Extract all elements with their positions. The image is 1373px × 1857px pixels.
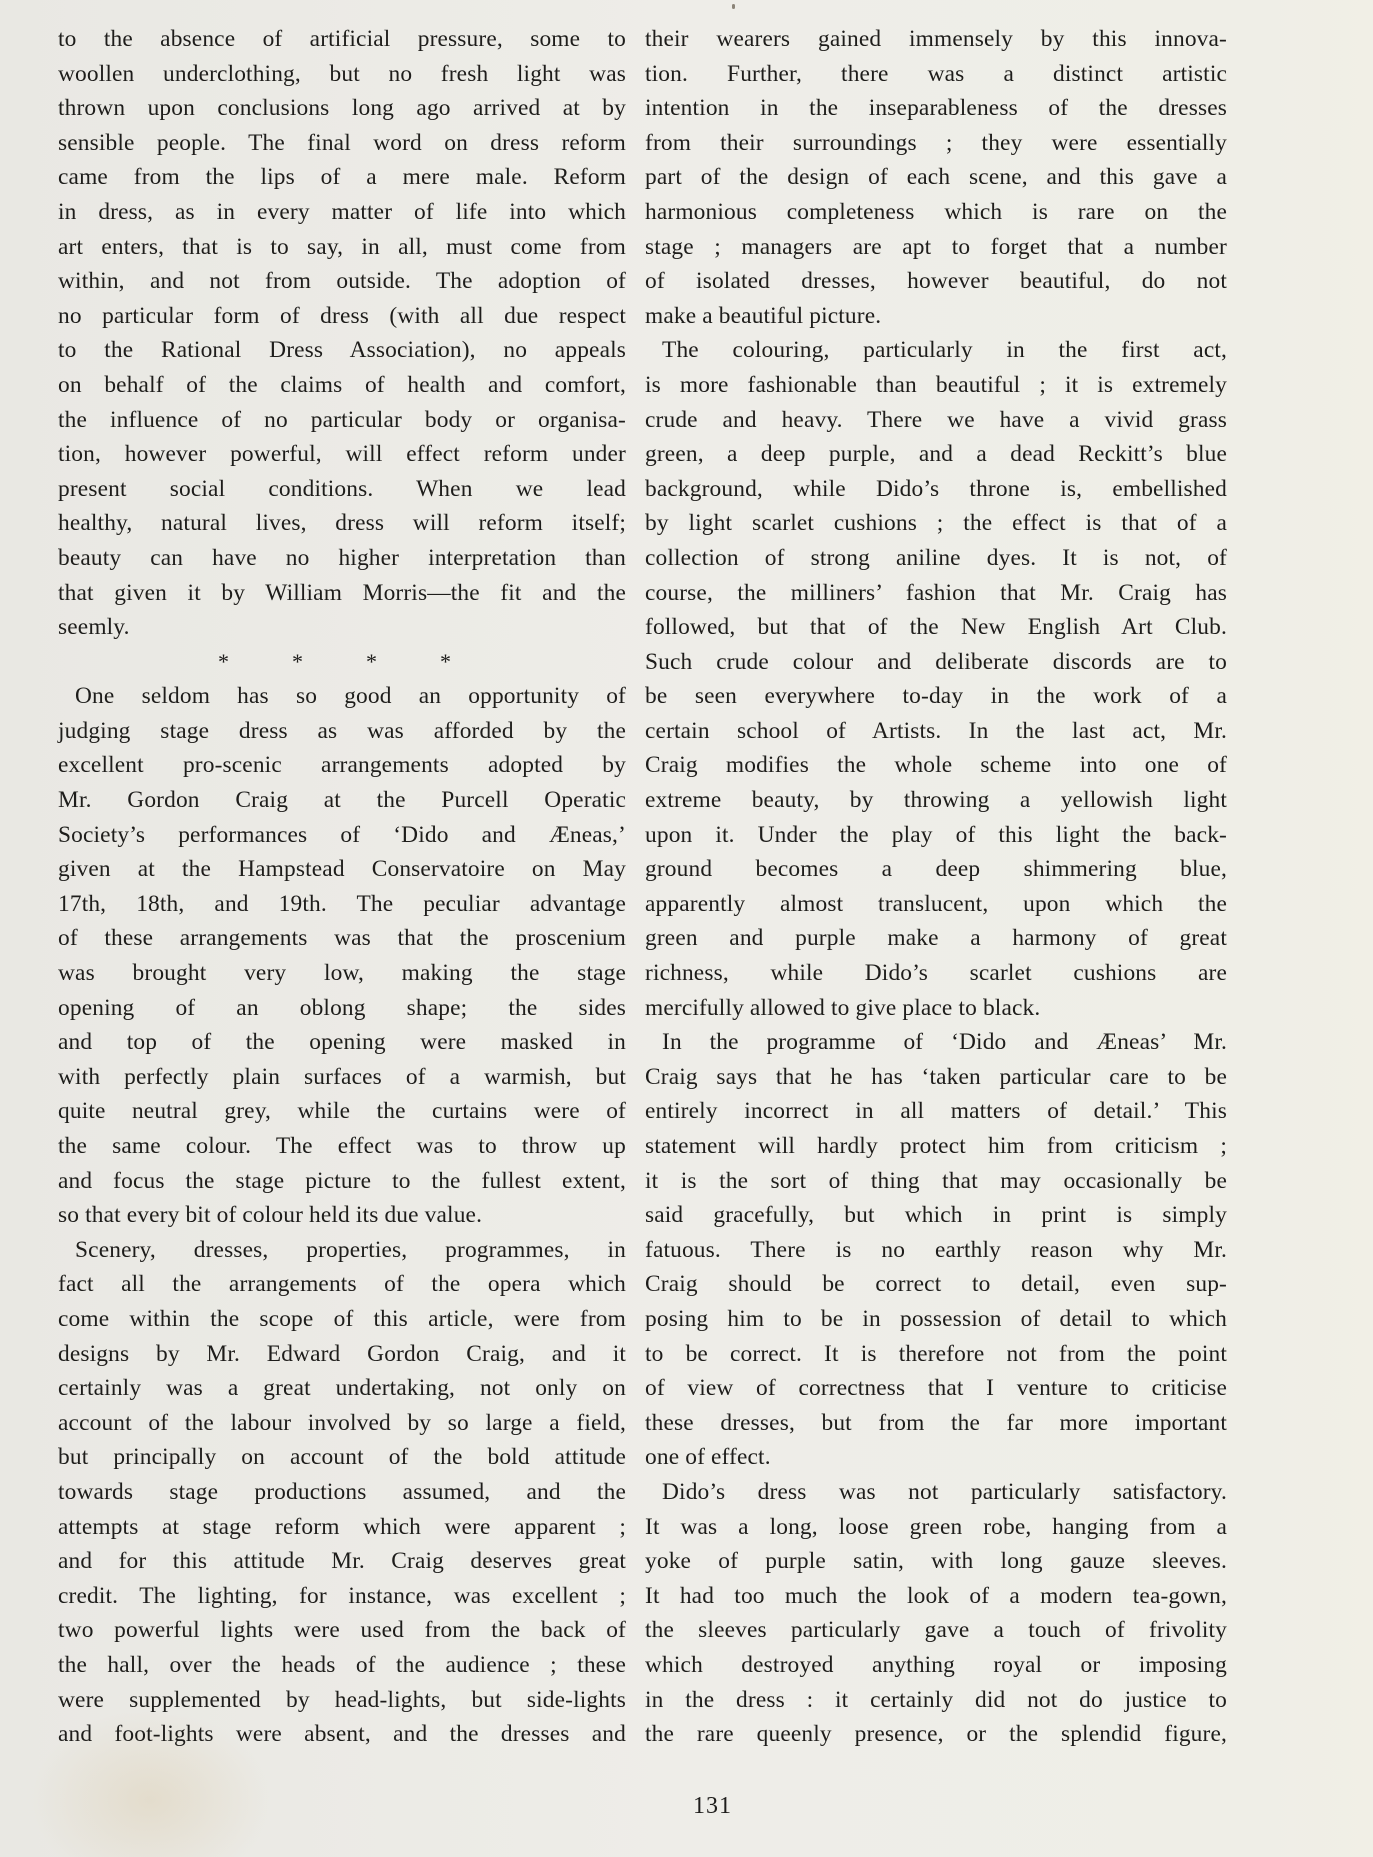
paragraph: to the absence of artificial pressure, s…	[58, 22, 626, 645]
section-separator: ****	[58, 645, 626, 680]
paragraph: Scenery, dresses, properties, programmes…	[58, 1233, 626, 1752]
text-line: Society’s performances of ‘Dido and Ænea…	[58, 818, 626, 853]
text-line: credit. The lighting, for instance, was …	[58, 1579, 626, 1614]
text-line: so that every bit of colour held its due…	[58, 1198, 626, 1233]
paragraph: Dido’s dress was not particularly satisf…	[645, 1475, 1227, 1752]
text-line: one of effect.	[645, 1440, 1227, 1475]
text-line: no particular form of dress (with all du…	[58, 299, 626, 334]
text-line: towards stage productions assumed, and t…	[58, 1475, 626, 1510]
text-line: in the dress : it certainly did not do j…	[645, 1683, 1227, 1718]
text-line: It had too much the look of a modern tea…	[645, 1579, 1227, 1614]
text-line: quite neutral grey, while the curtains w…	[58, 1094, 626, 1129]
text-line: apparently almost translucent, upon whic…	[645, 887, 1227, 922]
text-line: came from the lips of a mere male. Refor…	[58, 160, 626, 195]
text-line: come within the scope of this article, w…	[58, 1302, 626, 1337]
text-line: collection of strong aniline dyes. It is…	[645, 541, 1227, 576]
text-line: of view of correctness that I venture to…	[645, 1371, 1227, 1406]
text-line: with perfectly plain surfaces of a warmi…	[58, 1060, 626, 1095]
text-line: thrown upon conclusions long ago arrived…	[58, 91, 626, 126]
asterisk-glyph: *	[292, 645, 366, 680]
text-line: tion, however powerful, will effect refo…	[58, 437, 626, 472]
text-line: attempts at stage reform which were appa…	[58, 1510, 626, 1545]
text-line: posing him to be in possession of detail…	[645, 1302, 1227, 1337]
text-line: is more fashionable than beautiful ; it …	[645, 368, 1227, 403]
text-line: these dresses, but from the far more imp…	[645, 1406, 1227, 1441]
text-line: tion. Further, there was a distinct arti…	[645, 57, 1227, 92]
text-line: In the programme of ‘Dido and Æneas’ Mr.	[645, 1025, 1227, 1060]
text-line: on behalf of the claims of health and co…	[58, 368, 626, 403]
text-line: art enters, that is to say, in all, must…	[58, 230, 626, 265]
text-line: and for this attitude Mr. Craig deserves…	[58, 1544, 626, 1579]
text-line: ground becomes a deep shimmering blue,	[645, 852, 1227, 887]
text-line: statement will hardly protect him from c…	[645, 1129, 1227, 1164]
text-line: Mr. Gordon Craig at the Purcell Operatic	[58, 783, 626, 818]
text-line: mercifully allowed to give place to blac…	[645, 991, 1227, 1026]
text-line: fact all the arrangements of the opera w…	[58, 1267, 626, 1302]
text-line: by light scarlet cushions ; the effect i…	[645, 506, 1227, 541]
paper-blemish	[732, 4, 735, 9]
text-line: be seen everywhere to-day in the work of…	[645, 679, 1227, 714]
text-line: beauty can have no higher interpretation…	[58, 541, 626, 576]
text-line: seemly.	[58, 610, 626, 645]
text-line: certainly was a great undertaking, not o…	[58, 1371, 626, 1406]
text-line: part of the design of each scene, and th…	[645, 160, 1227, 195]
text-line: harmonious completeness which is rare on…	[645, 195, 1227, 230]
text-line: The colouring, particularly in the first…	[645, 333, 1227, 368]
text-line: woollen underclothing, but no fresh ligh…	[58, 57, 626, 92]
text-line: in dress, as in every matter of life int…	[58, 195, 626, 230]
text-line: the hall, over the heads of the audience…	[58, 1648, 626, 1683]
text-line: the same colour. The effect was to throw…	[58, 1129, 626, 1164]
text-line: Such crude colour and deliberate discord…	[645, 645, 1227, 680]
text-line: fatuous. There is no earthly reason why …	[645, 1233, 1227, 1268]
text-line: was brought very low, making the stage	[58, 956, 626, 991]
text-line: the sleeves particularly gave a touch of…	[645, 1613, 1227, 1648]
text-line: course, the milliners’ fashion that Mr. …	[645, 576, 1227, 611]
text-line: One seldom has so good an opportunity of	[58, 679, 626, 714]
text-line: Craig says that he has ‘taken particular…	[645, 1060, 1227, 1095]
text-line: intention in the inseparableness of the …	[645, 91, 1227, 126]
text-line: it is the sort of thing that may occasio…	[645, 1164, 1227, 1199]
text-line: and focus the stage picture to the fulle…	[58, 1164, 626, 1199]
text-line: Craig should be correct to detail, even …	[645, 1267, 1227, 1302]
paragraph: The colouring, particularly in the first…	[645, 333, 1227, 1025]
left-text-column: to the absence of artificial pressure, s…	[58, 22, 626, 1752]
text-line: crude and heavy. There we have a vivid g…	[645, 403, 1227, 438]
text-line: certain school of Artists. In the last a…	[645, 714, 1227, 749]
text-line: given at the Hampstead Conservatoire on …	[58, 852, 626, 887]
text-line: green and purple make a harmony of great	[645, 921, 1227, 956]
text-line: account of the labour involved by so lar…	[58, 1406, 626, 1441]
text-line: Dido’s dress was not particularly satisf…	[645, 1475, 1227, 1510]
text-line: within, and not from outside. The adopti…	[58, 264, 626, 299]
paragraph: In the programme of ‘Dido and Æneas’ Mr.…	[645, 1025, 1227, 1475]
text-line: from their surroundings ; they were esse…	[645, 126, 1227, 161]
asterisk-glyph: *	[218, 645, 292, 680]
text-line: which destroyed anything royal or imposi…	[645, 1648, 1227, 1683]
paragraph: their wearers gained immensely by this i…	[645, 22, 1227, 333]
text-line: extreme beauty, by throwing a yellowish …	[645, 783, 1227, 818]
asterisk-glyph: *	[366, 645, 440, 680]
text-line: to be correct. It is therefore not from …	[645, 1337, 1227, 1372]
text-line: sensible people. The final word on dress…	[58, 126, 626, 161]
text-line: 17th, 18th, and 19th. The peculiar advan…	[58, 887, 626, 922]
text-line: richness, while Dido’s scarlet cushions …	[645, 956, 1227, 991]
text-line: the rare queenly presence, or the splend…	[645, 1717, 1227, 1752]
paragraph: One seldom has so good an opportunity of…	[58, 679, 626, 1233]
text-line: that given it by William Morris—the fit …	[58, 576, 626, 611]
page-number: 131	[0, 1793, 1373, 1820]
text-line: designs by Mr. Edward Gordon Craig, and …	[58, 1337, 626, 1372]
text-line: upon it. Under the play of this light th…	[645, 818, 1227, 853]
text-line: of these arrangements was that the prosc…	[58, 921, 626, 956]
text-line: yoke of purple satin, with long gauze sl…	[645, 1544, 1227, 1579]
text-line: but principally on account of the bold a…	[58, 1440, 626, 1475]
text-line: green, a deep purple, and a dead Reckitt…	[645, 437, 1227, 472]
text-line: of isolated dresses, however beautiful, …	[645, 264, 1227, 299]
text-line: said gracefully, but which in print is s…	[645, 1198, 1227, 1233]
text-line: entirely incorrect in all matters of det…	[645, 1094, 1227, 1129]
text-line: It was a long, loose green robe, hanging…	[645, 1510, 1227, 1545]
text-line: the influence of no particular body or o…	[58, 403, 626, 438]
text-line: to the Rational Dress Association), no a…	[58, 333, 626, 368]
text-line: two powerful lights were used from the b…	[58, 1613, 626, 1648]
text-line: judging stage dress as was afforded by t…	[58, 714, 626, 749]
text-line: and top of the opening were masked in	[58, 1025, 626, 1060]
text-line: their wearers gained immensely by this i…	[645, 22, 1227, 57]
text-line: to the absence of artificial pressure, s…	[58, 22, 626, 57]
scanned-page: to the absence of artificial pressure, s…	[0, 0, 1373, 1857]
text-line: make a beautiful picture.	[645, 299, 1227, 334]
text-line: followed, but that of the New English Ar…	[645, 610, 1227, 645]
text-line: excellent pro-scenic arrangements adopte…	[58, 748, 626, 783]
text-line: were supplemented by head-lights, but si…	[58, 1683, 626, 1718]
text-line: present social conditions. When we lead	[58, 472, 626, 507]
asterisk-glyph: *	[440, 645, 514, 680]
text-line: background, while Dido’s throne is, embe…	[645, 472, 1227, 507]
text-line: opening of an oblong shape; the sides	[58, 991, 626, 1026]
text-line: Craig modifies the whole scheme into one…	[645, 748, 1227, 783]
text-line: stage ; managers are apt to forget that …	[645, 230, 1227, 265]
text-line: healthy, natural lives, dress will refor…	[58, 506, 626, 541]
text-line: and foot-lights were absent, and the dre…	[58, 1717, 626, 1752]
right-text-column: their wearers gained immensely by this i…	[645, 22, 1227, 1752]
text-line: Scenery, dresses, properties, programmes…	[58, 1233, 626, 1268]
